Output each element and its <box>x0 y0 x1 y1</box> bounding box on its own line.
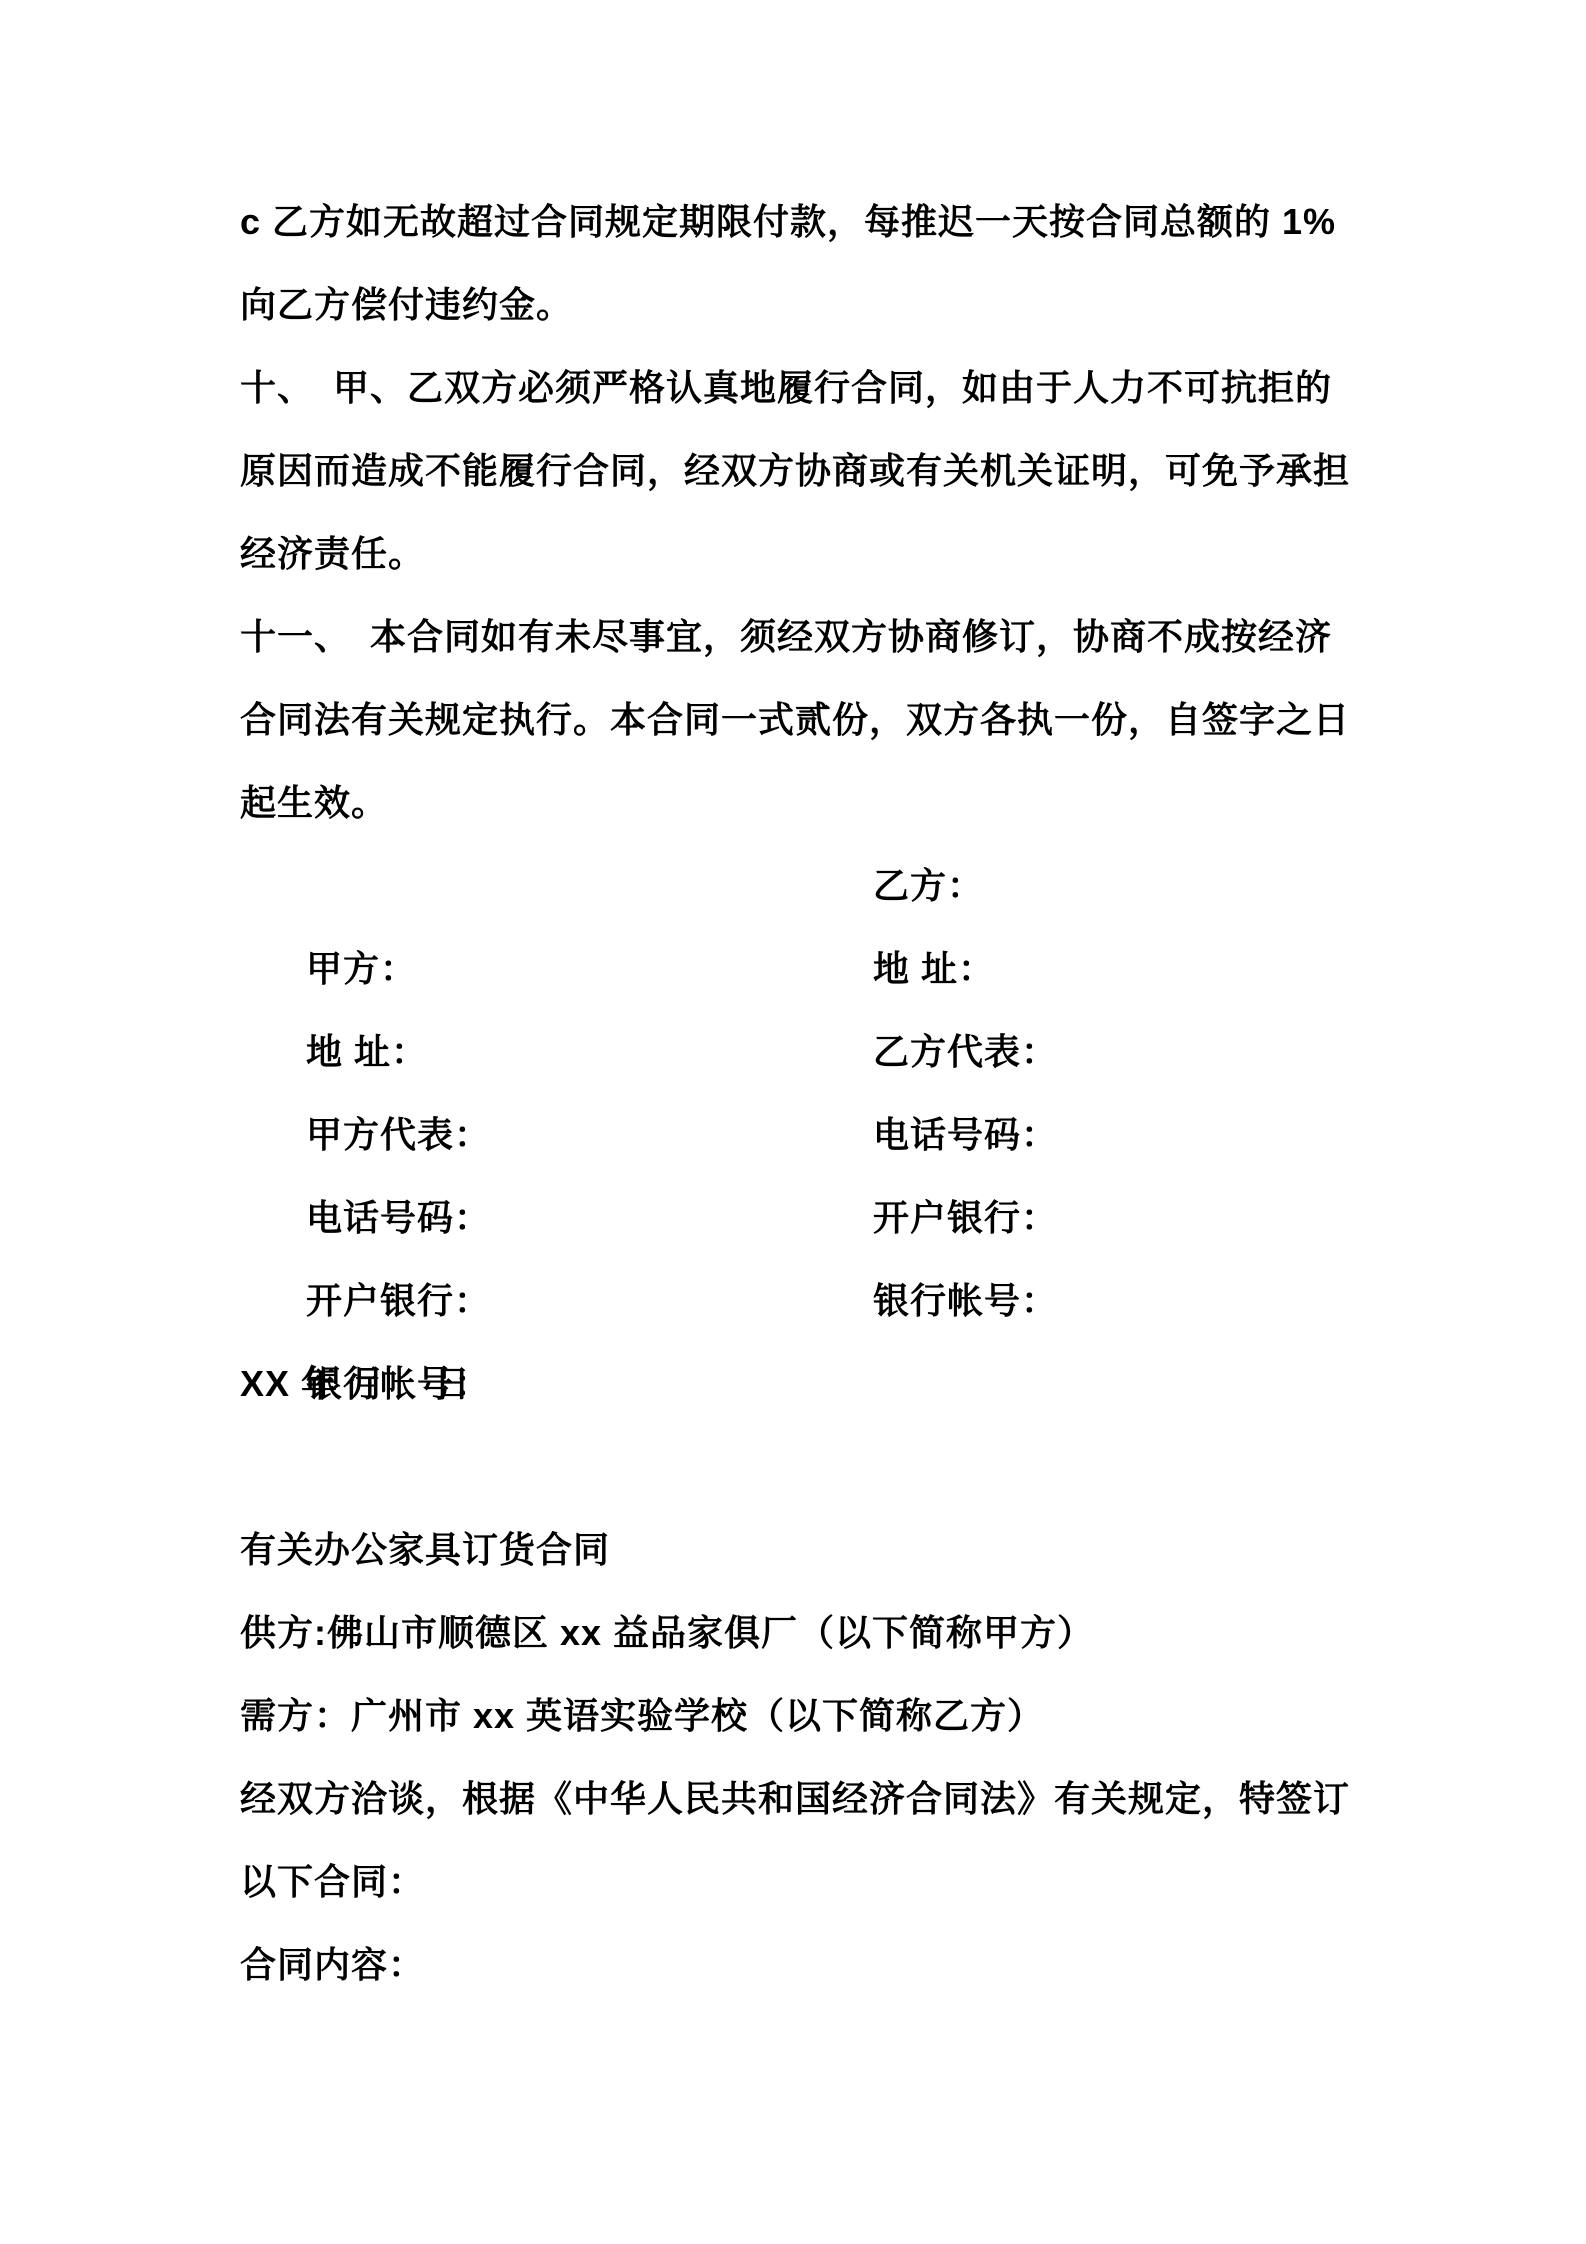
party-name-row: 甲方： 乙方： <box>240 844 1380 927</box>
party-b-representative-label: 乙方代表： <box>873 1010 1058 1093</box>
buyer-line: 需方：广州市 xx 英语实验学校（以下简称乙方） <box>240 1674 1380 1757</box>
preamble-continuation-line: 以下合同： <box>240 1840 1380 1923</box>
contract-clause-line: 经济责任。 <box>240 512 1380 595</box>
contract-clause-line: 十、 甲、乙双方必须严格认真地履行合同，如由于人力不可抗拒的 <box>240 346 1380 429</box>
contract-clause-line: 十一、 本合同如有未尽事宜，须经双方协商修订，协商不成按经济 <box>240 595 1380 678</box>
party-b-bank-label: 开户银行： <box>873 1176 1058 1259</box>
party-b-address-label: 地 址： <box>873 927 995 1010</box>
party-a-account-label: 银行帐号： <box>306 1363 491 1404</box>
party-b-account-label: 银行帐号： <box>873 1259 1058 1342</box>
content-heading: 合同内容： <box>240 1923 1380 2006</box>
address-row: 地 址： 地 址： <box>240 927 1380 1010</box>
contract-clause-line: c 乙方如无故超过合同规定期限付款，每推迟一天按合同总额的 1% <box>240 180 1380 263</box>
document-text-flow: c 乙方如无故超过合同规定期限付款，每推迟一天按合同总额的 1% 向乙方偿付违约… <box>240 180 1380 2006</box>
document-page: c 乙方如无故超过合同规定期限付款，每推迟一天按合同总额的 1% 向乙方偿付违约… <box>0 0 1586 2244</box>
contract-clause-line: 原因而造成不能履行合同，经双方协商或有关机关证明，可免予承担 <box>240 429 1380 512</box>
blank-line <box>240 1425 1380 1508</box>
contract-clause-line: 向乙方偿付违约金。 <box>240 263 1380 346</box>
party-b-phone-label: 电话号码： <box>873 1093 1058 1176</box>
contract-clause-line: 合同法有关规定执行。本合同一式贰份，双方各执一份，自签字之日 <box>240 678 1380 761</box>
preamble-line: 经双方洽谈，根据《中华人民共和国经济合同法》有关规定，特签订 <box>240 1757 1380 1840</box>
representative-row: 甲方代表： 乙方代表： <box>240 1010 1380 1093</box>
phone-row: 电话号码： 电话号码： <box>240 1093 1380 1176</box>
account-row: 银行帐号： 银行帐号： <box>240 1259 1380 1342</box>
contract-title: 有关办公家具订货合同 <box>240 1508 1380 1591</box>
party-b-label: 乙方： <box>873 844 984 927</box>
supplier-line: 供方:佛山市顺德区 xx 益品家俱厂（以下简称甲方） <box>240 1591 1380 1674</box>
contract-clause-line: 起生效。 <box>240 761 1380 844</box>
bank-row: 开户银行： 开户银行： <box>240 1176 1380 1259</box>
